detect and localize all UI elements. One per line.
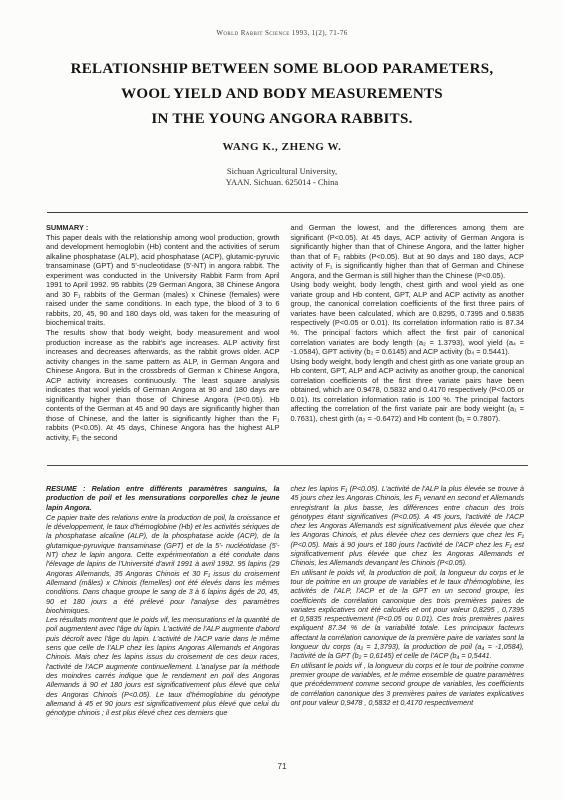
resume-paragraph: En utilisant le poids vif , la longueur … <box>291 661 525 707</box>
summary-column-left: SUMMARY : This paper deals with the rela… <box>46 223 280 462</box>
page-number: 71 <box>0 762 564 771</box>
authors: WANG K., ZHENG W. <box>0 141 564 153</box>
affiliation-line-1: Sichuan Agricultural University, <box>0 166 564 177</box>
affiliation-line-2: YAAN. Sichuan. 625014 - China <box>0 177 564 188</box>
resume-paragraph: En utilisant le poids vif, la production… <box>291 568 525 661</box>
summary-column-right: and German the lowest, and the differenc… <box>291 223 525 462</box>
paper-title: RELATIONSHIP BETWEEN SOME BLOOD PARAMETE… <box>0 57 564 132</box>
journal-header: World Rabbit Science 1993, 1(2), 71-76 <box>0 29 564 37</box>
resume-paragraph: Les résultats montrent que le poids vif,… <box>46 615 280 717</box>
title-line-3: IN THE YOUNG ANGORA RABBITS. <box>0 107 564 132</box>
summary-paragraph: The results show that body weight, body … <box>46 328 280 443</box>
paper-page: World Rabbit Science 1993, 1(2), 71-76 R… <box>0 0 564 800</box>
affiliation: Sichuan Agricultural University, YAAN. S… <box>0 166 564 188</box>
title-line-2: WOOL YIELD AND BODY MEASUREMENTS <box>0 82 564 107</box>
summary-heading: SUMMARY : <box>46 223 280 233</box>
resume-column-left: RESUME : Relation entre différents param… <box>46 484 280 746</box>
summary-paragraph: Using body weight, body length and chest… <box>291 357 525 424</box>
resume-heading: RESUME : Relation entre différents param… <box>46 484 280 512</box>
summary-paragraph: This paper deals with the relationship a… <box>46 233 280 328</box>
resume-column-right: chez les lapins F₁ (P<0.05). L'activité … <box>291 484 525 746</box>
resume-section: RESUME : Relation entre différents param… <box>46 484 524 746</box>
resume-paragraph: chez les lapins F₁ (P<0.05). L'activité … <box>291 484 525 568</box>
divider-middle <box>47 465 528 466</box>
divider-top <box>47 212 528 213</box>
summary-section: SUMMARY : This paper deals with the rela… <box>46 223 524 462</box>
summary-paragraph: Using body weight, body length, chest gi… <box>291 280 525 356</box>
title-line-1: RELATIONSHIP BETWEEN SOME BLOOD PARAMETE… <box>0 57 564 82</box>
summary-paragraph: and German the lowest, and the differenc… <box>291 223 525 280</box>
resume-paragraph: Ce papier traite des relations entre la … <box>46 513 280 615</box>
